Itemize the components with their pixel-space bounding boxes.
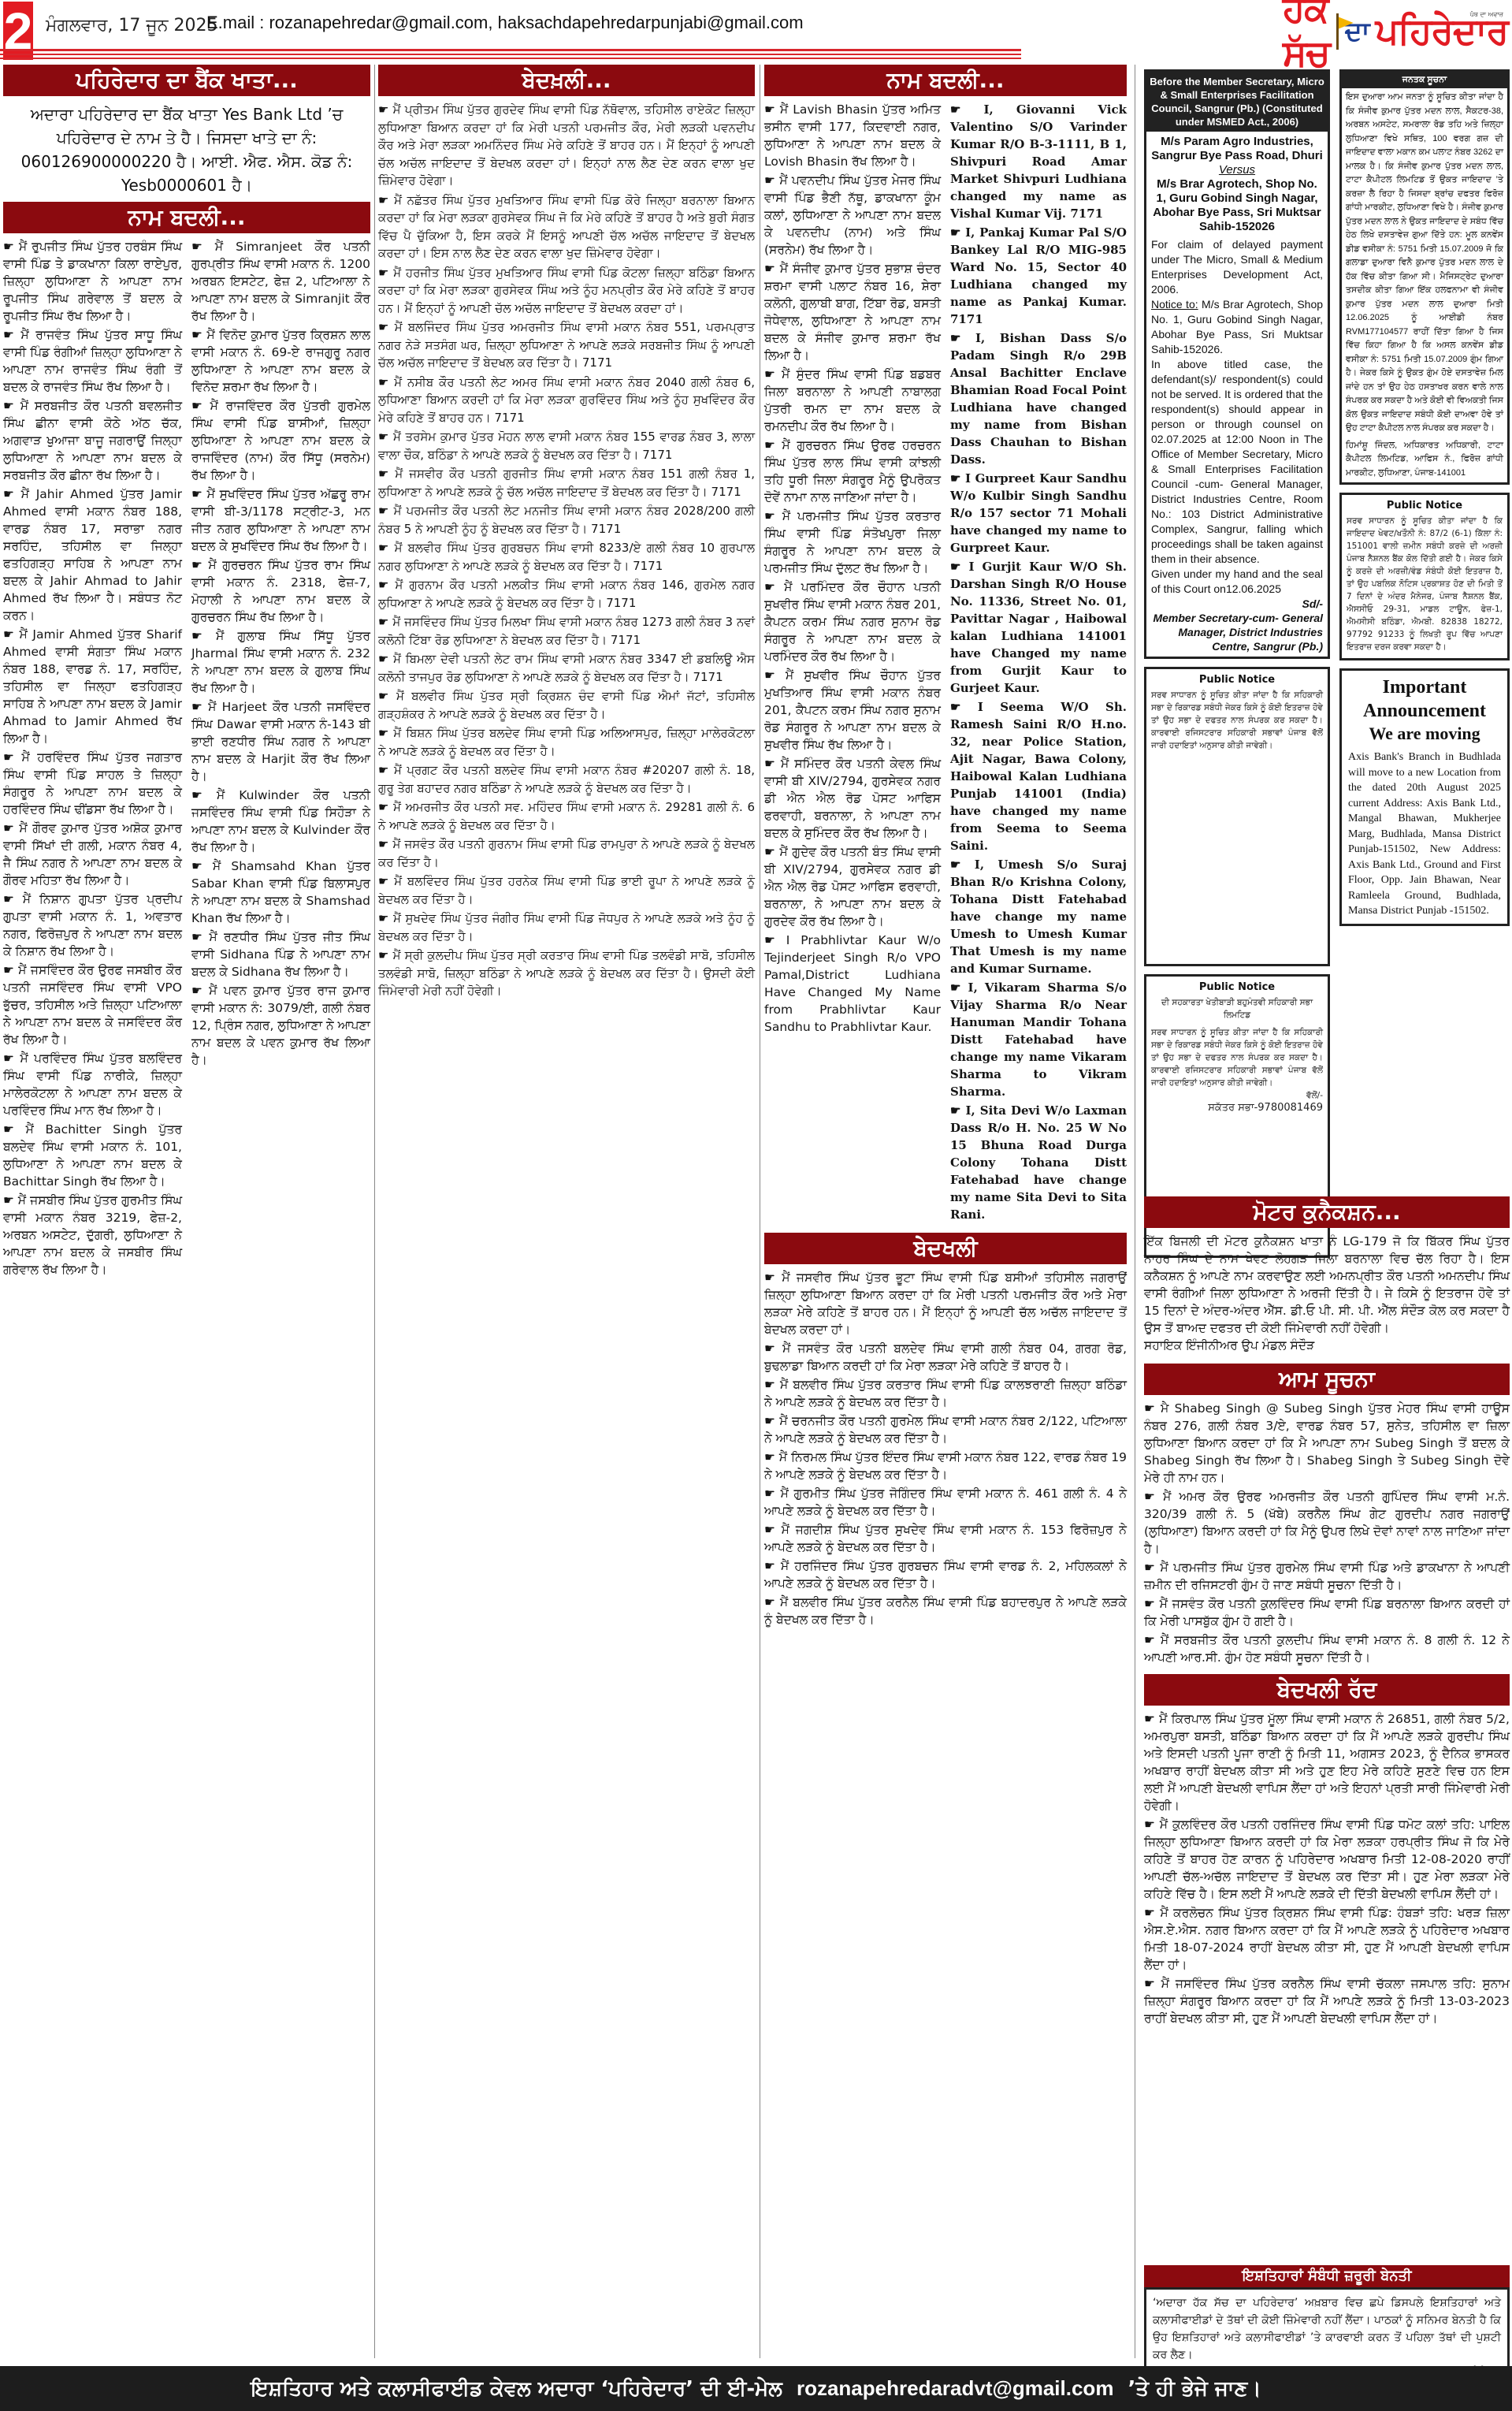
list-item: ਮੈਂ Kulwinder ਕੌਰ ਪਤਨੀ ਜਸਵਿੰਦਰ ਸਿੰਘ ਵਾਸੀ… — [191, 787, 370, 856]
list-item: I, Vikaram Sharma S/o Vijay Sharma R/o N… — [950, 979, 1127, 1100]
plaintiff: M/s Param Agro Industries, Sangrur Bye P… — [1151, 135, 1323, 163]
list-item: ਮੈਂ ਬਲਜਿੰਦਰ ਸਿੰਘ ਪੁੱਤਰ ਅਮਰਜੀਤ ਸਿੰਘ ਵਾਸੀ … — [378, 318, 755, 372]
column-divider — [374, 65, 375, 2358]
list-item: I, Bishan Dass S/o Padam Singh R/o 29B A… — [950, 329, 1127, 468]
list-item: ਮੈਂ ਰਾਜਵੰਤ ਸਿੰਘ ਪੁੱਤਰ ਸਾਧੂ ਸਿੰਘ ਵਾਸੀ ਪਿੰ… — [3, 326, 182, 396]
announcement-body: Axis Bank's Branch in Budhlada will move… — [1348, 750, 1501, 919]
list-item: ਮੈਂ ਰੁਪਜੀਤ ਸਿੰਘ ਪੁੱਤਰ ਹਰਬੰਸ ਸਿੰਘ ਵਾਸੀ ਪਿ… — [3, 238, 182, 325]
list-item: ਮੈਂ ਗੁਲਾਬ ਸਿੰਘ ਸਿੱਧੂ ਪੁੱਤਰ Jharmal ਸਿੰਘ … — [191, 627, 370, 697]
masthead: 2 ਮੰਗਲਵਾਰ, 17 ਜੂਨ 2025 E.mail : rozanape… — [0, 0, 1512, 63]
column-divider — [760, 65, 760, 2358]
disclaimer-heading: ਇਸ਼ਤਿਹਾਰਾਂ ਸੰਬੰਧੀ ਜ਼ਰੂਰੀ ਬੇਨਤੀ — [1144, 2265, 1510, 2287]
list-item: ਮੈਂ ਬਲਵੀਰ ਸਿੰਘ ਪੁੱਤਰ ਸ੍ਰੀ ਕ੍ਰਿਸ਼ਨ ਚੰਦ ਵਾ… — [378, 687, 755, 723]
list-item: ਮੈਂ ਸਰਬਜੀਤ ਕੌਰ ਪਤਨੀ ਕੁਲਦੀਪ ਸਿੰਘ ਵਾਸੀ ਮਕਾ… — [1144, 1632, 1510, 1666]
list-item: I, Giovanni Vick Valentino S/O Varinder … — [950, 101, 1127, 222]
list-item: ਮੈਂ ਬਿਮਲਾ ਦੇਵੀ ਪਤਨੀ ਲੇਟ ਰਾਮ ਸਿੰਘ ਵਾਸੀ ਮਕ… — [378, 650, 755, 686]
list-item: ਮੈਂ ਗੁਰਨਾਮ ਕੌਰ ਪਤਨੀ ਮਲਕੀਤ ਸਿੰਘ ਵਾਸੀ ਮਕਾਨ… — [378, 576, 755, 612]
list-item: ਮੈਂ ਪਰਮਜੀਤ ਸਿੰਘ ਪੁੱਤਰ ਗੁਰਮੇਲ ਸਿੰਘ ਵਾਸੀ ਪ… — [1144, 1559, 1510, 1594]
list-item: ਮੈਂ ਪਰਵਿੰਦਰ ਸਿੰਘ ਪੁੱਤਰ ਬਲਵਿੰਦਰ ਸਿੰਘ ਵਾਸੀ… — [3, 1050, 182, 1119]
section-heading-eviction-2: ਬੇਦਖਲੀ — [764, 1233, 1127, 1264]
section-heading-motor-connection: ਮੋਟਰ ਕੁਨੈਕਸ਼ਨ... — [1144, 1196, 1510, 1228]
list-item: ਮੈਂ ਵਿਨੋਦ ਕੁਮਾਰ ਪੁੱਤਰ ਕ੍ਰਿਸ਼ਨ ਲਾਲ ਵਾਸੀ ਮ… — [191, 326, 370, 396]
list-item: ਮੈਂ ਪ੍ਰਗਟ ਕੌਰ ਪਤਨੀ ਬਲਦੇਵ ਸਿੰਘ ਵਾਸੀ ਮਕਾਨ … — [378, 761, 755, 797]
list-item: ਮੈਂ ਪਰਮਿੰਦਰ ਕੌਰ ਚੌਹਾਨ ਪਤਨੀ ਸੁਖਵੀਰ ਸਿੰਘ ਵ… — [764, 579, 941, 665]
list-item: I, Pankaj Kumar Pal S/O Bankey Lal R/O M… — [950, 224, 1127, 328]
disclaimer-body: ‘ਅਦਾਰਾ ਹੱਕ ਸੱਚ ਦਾ ਪਹਿਰੇਦਾਰ’ ਅਖ਼ਬਾਰ ਵਿਚ ਛ… — [1153, 2297, 1501, 2361]
list-item: ਮੈਂ ਪਰਮਜੀਤ ਕੌਰ ਪਤਨੀ ਲੇਟ ਮਨਜੀਤ ਸਿੰਘ ਵਾਸੀ … — [378, 502, 755, 538]
list-item: ਮੈਂ ਸਰਬਜੀਤ ਕੌਰ ਪਤਨੀ ਬਵਲਜੀਤ ਸਿੰਘ ਛੀਨਾ ਵਾਸ… — [3, 397, 182, 484]
list-item: ਮੈਂ ਗੌਰਵ ਕੁਮਾਰ ਪੁੱਤਰ ਅਸ਼ੋਕ ਕੁਮਾਰ ਵਾਸੀ ਸਿ… — [3, 820, 182, 889]
name-change-col-a: ਮੈਂ Lavish Bhasin ਪੁੱਤਰ ਅਮਿਤ ਭਸੀਨ ਵਾਸੀ 1… — [764, 101, 941, 1225]
list-item: ਮੈਂ ਹਰਜੀਤ ਸਿੰਘ ਪੁੱਤਰ ਮੁਖਤਿਆਰ ਸਿੰਘ ਵਾਸੀ ਪ… — [378, 264, 755, 318]
list-item: ਮੈਂ ਤਰਸੇਮ ਕੁਮਾਰ ਪੁੱਤਰ ਮੋਹਨ ਲਾਲ ਵਾਸੀ ਮਕਾਨ… — [378, 428, 755, 463]
list-item: ਮੈਂ ਗੁਦੇਵ ਕੌਰ ਪਤਨੀ ਬੰਤ ਸਿੰਘ ਵਾਸੀ ਬੀ XIV/… — [764, 843, 941, 930]
list-item: ਮੈਂ ਨਿਰਮਲ ਸਿੰਘ ਪੁੱਤਰ ਇੰਦਰ ਸਿੰਘ ਵਾਸੀ ਮਕਾਨ… — [764, 1449, 1127, 1483]
list-item: ਮੈਂ ਨਿਸ਼ਾਨ ਗੁਪਤਾ ਪੁੱਤਰ ਪ੍ਰਦੀਪ ਗੁਪਤਾ ਵਾਸੀ… — [3, 891, 182, 960]
notice-from: ਵੱਲੋਂ/- — [1151, 1089, 1323, 1102]
column-center-right: ਨਾਮ ਬਦਲੀ... ਮੈਂ Lavish Bhasin ਪੁੱਤਰ ਅਮਿਤ… — [764, 65, 1127, 1630]
list-item: ਮੈਂ ਬਲਵਿੰਦਰ ਸਿੰਘ ਪੁੱਤਰ ਹਰਨੇਕ ਸਿੰਘ ਵਾਸੀ ਪ… — [378, 872, 755, 908]
list-item: ਮੈਂ Shamsahd Khan ਪੁੱਤਰ Sabar Khan ਵਾਸੀ … — [191, 858, 370, 927]
announcement-title: Important Announcement — [1348, 675, 1501, 723]
list-item: ਮੈਂ ਜਸਵਿੰਦਰ ਸਿੰਘ ਪੁੱਤਰ ਕਰਨੈਲ ਸਿੰਘ ਵਾਸੀ ਚ… — [1144, 1975, 1510, 2027]
signatory: Member Secretary-cum- General Manager, D… — [1151, 611, 1323, 653]
logo-tagline: ਪੰਥ ਦਾ ਅਵਾਜ਼ — [1470, 11, 1503, 19]
list-item: ਮੈਂ ਸਮਿੰਦਰ ਕੌਰ ਪਤਨੀ ਕੇਵਲ ਸਿੰਘ ਵਾਸੀ ਬੀ XI… — [764, 755, 941, 842]
notice-body: In above titled case, the defendant(s)/ … — [1151, 357, 1323, 567]
logo-text-part1: ਹੱਕ ਸੱਚ — [1283, 0, 1330, 76]
public-notice-body: ਸਰਵ ਸਾਧਾਰਨ ਨੂੰ ਸੂਚਿਤ ਕੀਤਾ ਜਾਂਦਾ ਹੈ ਕਿ ਜਾ… — [1347, 515, 1503, 653]
name-change-col-b: I, Giovanni Vick Valentino S/O Varinder … — [950, 101, 1127, 1225]
section-heading-eviction-cancel: ਬੇਦਖਲੀ ਰੱਦ — [1144, 1674, 1510, 1706]
public-notice-title: Public Notice — [1151, 981, 1323, 993]
list-item: ਮੈਂ ਬਲਵੀਰ ਸਿੰਘ ਪੁੱਤਰ ਕਰਨੈਲ ਸਿੰਘ ਵਾਸੀ ਪਿੰ… — [764, 1594, 1127, 1628]
footer-text-suffix: ’ਤੇ ਹੀ ਭੇਜੇ ਜਾਣ। — [1128, 2377, 1261, 2401]
column-divider — [1135, 65, 1135, 2358]
list-item: ਮੈਂ Jahir Ahmed ਪੁੱਤਰ Jamir Ahmed ਵਾਸੀ ਮ… — [3, 486, 182, 624]
list-item: ਮੈਂ ਕੁਲਵਿੰਦਰ ਕੌਰ ਪਤਨੀ ਹਰਜਿੰਦਰ ਸਿੰਘ ਵਾਸੀ … — [1144, 1816, 1510, 1903]
footer-text-prefix: ਇਸ਼ਤਿਹਾਰ ਅਤੇ ਕਲਾਸੀਫਾਈਡ ਕੇਵਲ ਅਦਾਰਾ ‘ਪਹਿਰੇ… — [251, 2377, 782, 2401]
jantak-suchna-notice: ਜਨਤਕ ਸੂਚਨਾ ਇਸ ਦੁਆਰਾ ਆਮ ਜਨਤਾ ਨੂੰ ਸੂਚਿਤ ਕੀ… — [1339, 69, 1510, 485]
list-item: ਮੈਂ ਅਮਰ ਕੌਰ ਉਰਫ ਅਮਰਜੀਤ ਕੌਰ ਪਤਨੀ ਗੁਪਿੰਦਰ … — [1144, 1488, 1510, 1557]
notice-header: ਜਨਤਕ ਸੂਚਨਾ — [1342, 72, 1507, 88]
name-change-list: ਮੈਂ ਰੁਪਜੀਤ ਸਿੰਘ ਪੁੱਤਰ ਹਰਬੰਸ ਸਿੰਘ ਵਾਸੀ ਪਿ… — [3, 238, 370, 1280]
list-item: ਮੈਂ ਸੁਖਵੀਰ ਸਿੰਘ ਚੌਹਾਨ ਪੁੱਤਰ ਮੁਖਤਿਆਰ ਸਿੰਘ… — [764, 667, 941, 753]
newspaper-logo: ਹੱਕ ਸੱਚ ਦਾ ਪਹਿਰੇਦਾਰ ਪੰਥ ਦਾ ਅਵਾਜ਼ — [1283, 3, 1508, 60]
list-item: ਮੈਂ ਕਰਲੋਚਨ ਸਿੰਘ ਪੁੱਤਰ ਕ੍ਰਿਸ਼ਨ ਸਿੰਘ ਵਾਸੀ … — [1144, 1904, 1510, 1974]
header-rule — [0, 49, 1021, 51]
list-item: ਮੈਂ Harjeet ਕੌਰ ਪਤਨੀ ਜਸਵਿੰਦਰ ਸਿੰਘ Dawar … — [191, 698, 370, 785]
section-heading-name-change-2: ਨਾਮ ਬਦਲੀ... — [764, 65, 1127, 96]
notice-header: Before the Member Secretary, Micro & Sma… — [1146, 72, 1328, 132]
list-item: ਮੈਂ ਨਛੱਤਰ ਸਿੰਘ ਪੁੱਤਰ ਮੁਖਤਿਆਰ ਸਿੰਘ ਵਾਸੀ ਪ… — [378, 192, 755, 262]
claim-text: For claim of delayed payment under The M… — [1151, 237, 1323, 297]
general-notice-list: ਮੈ Shabeg Singh @ Subeg Singh ਪੁੱਤਰ ਮੇਹਰ… — [1144, 1400, 1510, 1666]
header-rule — [0, 54, 1021, 55]
list-item: ਮੈਂ ਗੁਰਚਰਨ ਸਿੰਘ ਉਰਫ ਹਰਚਰਨ ਸਿੰਘ ਪੁੱਤਰ ਲਾਲ… — [764, 437, 941, 506]
list-item: ਮੈਂ ਜਸਵੀਰ ਕੌਰ ਪਤਨੀ ਗੁਰਜੀਤ ਸਿੰਘ ਵਾਸੀ ਮਕਾਨ… — [378, 465, 755, 500]
list-item: ਮੈਂ Bachitter Singh ਪੁੱਤਰ ਬਲਦੇਵ ਸਿੰਘ ਵਾਸ… — [3, 1121, 182, 1190]
motor-connection-body: ਇੱਕ ਬਿਜਲੀ ਦੀ ਮੋਟਰ ਕੁਨੈਕਸ਼ਨ ਖਾਤਾ ਨੰ LG-17… — [1144, 1233, 1510, 1337]
list-item: ਮੈਂ ਰਾਜਵਿੰਦਰ ਕੌਰ ਪੁੱਤਰੀ ਗੁਰਮੇਲ ਸਿੰਘ ਵਾਸੀ… — [191, 397, 370, 484]
list-item: ਮੈਂ ਬਲਵੀਰ ਸਿੰਘ ਪੁੱਤਰ ਗੁਰਬਚਨ ਸਿੰਘ ਵਾਸੀ 82… — [378, 539, 755, 575]
list-item: I, Umesh S/o Suraj Bhan R/o Krishna Colo… — [950, 856, 1127, 977]
list-item: ਮੈਂ ਸੁਖਦੇਵ ਸਿੰਘ ਪੁੱਤਰ ਜੰਗੀਰ ਸਿੰਘ ਵਾਸੀ ਪਿ… — [378, 910, 755, 945]
contact-emails: E.mail : rozanapehredar@gmail.com, haksa… — [206, 13, 804, 33]
footer-email: rozanapehredaradvt@gmail.com — [797, 2376, 1113, 2400]
name-change-col-a: ਮੈਂ ਰੁਪਜੀਤ ਸਿੰਘ ਪੁੱਤਰ ਹਰਬੰਸ ਸਿੰਘ ਵਾਸੀ ਪਿ… — [3, 238, 182, 1280]
logo-text-part2: ਦਾ — [1344, 16, 1369, 47]
respondent: M/s Brar Agrotech, Shop No. 1, Guru Gobi… — [1151, 177, 1323, 234]
public-notice-title: Public Notice — [1151, 674, 1323, 686]
list-item: ਮੈਂ ਜਸਵੀਰ ਸਿੰਘ ਪੁੱਤਰ ਭੂਟਾ ਸਿੰਘ ਵਾਸੀ ਪਿੰਡ… — [764, 1269, 1127, 1338]
msme-court-notice: Before the Member Secretary, Micro & Sma… — [1144, 69, 1330, 659]
issue-date: ਮੰਗਲਵਾਰ, 17 ਜੂਨ 2025 — [46, 16, 217, 35]
list-item: ਮੈਂ ਜਸਵਿੰਦਰ ਕੌਰ ਉਰਫ ਜਸਬੀਰ ਕੌਰ ਪਤਨੀ ਜਸਵਿੰ… — [3, 962, 182, 1048]
sd-mark: Sd/- — [1151, 597, 1323, 611]
public-notice-society: Public Notice ਸਰਵ ਸਾਧਾਰਨ ਨੂੰ ਸੂਚਿਤ ਕੀਤਾ … — [1144, 667, 1330, 966]
list-item: I Seema W/O Sh. Ramesh Saini R/O H.no. 3… — [950, 698, 1127, 854]
list-item: ਮੈਂ ਰਣਧੀਰ ਸਿੰਘ ਪੁੱਤਰ ਜੀਤ ਸਿੰਘ ਵਾਸੀ Sidha… — [191, 928, 370, 980]
public-notice-body: ਸਰਵ ਸਾਧਾਰਨ ਨੂੰ ਸੂਚਿਤ ਕੀਤਾ ਜਾਂਦਾ ਹੈ ਕਿ ਸਹ… — [1151, 689, 1323, 752]
axis-bank-announcement: Important Announcement We are moving Axi… — [1339, 668, 1510, 926]
list-item: I, Sita Devi W/o Laxman Dass R/o H. No. … — [950, 1102, 1127, 1223]
column-middle: ਬੇਦਖ਼ਲੀ... ਮੈਂ ਪ੍ਰੀਤਮ ਸਿੰਘ ਪੁੱਤਰ ਗੁਰਦੇਵ … — [378, 65, 755, 1002]
column-right-lower: ਮੋਟਰ ਕੁਨੈਕਸ਼ਨ... ਇੱਕ ਬਿਜਲੀ ਦੀ ਮੋਟਰ ਕੁਨੈਕ… — [1144, 1196, 1510, 2029]
list-item: ਮੈਂ ਜਸਵਿੰਦਰ ਸਿੰਘ ਪੁੱਤਰ ਮਿਲਖਾ ਸਿੰਘ ਵਾਸੀ ਮ… — [378, 613, 755, 649]
column-notices-right: ਜਨਤਕ ਸੂਚਨਾ ਇਸ ਦੁਆਰਾ ਆਮ ਜਨਤਾ ਨੂੰ ਸੂਚਿਤ ਕੀ… — [1339, 69, 1510, 926]
notice-signatory: ਸਕੱਤਰ ਸਭਾ-9780081469 — [1151, 1102, 1323, 1114]
list-item: ਮੈਂ ਹਰਵਿੰਦਰ ਸਿੰਘ ਪੁੱਤਰ ਜਗਤਾਰ ਸਿੰਘ ਵਾਸੀ ਪ… — [3, 749, 182, 818]
list-item: ਮੈ Shabeg Singh @ Subeg Singh ਪੁੱਤਰ ਮੇਹਰ… — [1144, 1400, 1510, 1486]
eviction-cancel-list: ਮੈਂ ਕਿਰਪਾਲ ਸਿੰਘ ਪੁੱਤਰ ਮੂੱਲਾ ਸਿੰਘ ਵਾਸੀ ਮਕ… — [1144, 1710, 1510, 2027]
notice-signatory: ਹਿਮਾਂਸ਼ੂ ਜਿੰਦਲ, ਅਧਿਕਾਰਤ ਅਧਿਕਾਰੀ, ਟਾਟਾ ਕੈ… — [1346, 439, 1503, 481]
list-item: ਮੈਂ ਬਲਵੀਰ ਸਿੰਘ ਪੁੱਤਰ ਕਰਤਾਰ ਸਿੰਘ ਵਾਸੀ ਪਿੰ… — [764, 1376, 1127, 1411]
pnb-public-notice: Public Notice ਸਰਵ ਸਾਧਾਰਨ ਨੂੰ ਸੂਚਿਤ ਕੀਤਾ … — [1339, 493, 1510, 660]
list-item: ਮੈਂ ਕਿਰਪਾਲ ਸਿੰਘ ਪੁੱਤਰ ਮੂੱਲਾ ਸਿੰਘ ਵਾਸੀ ਮਕ… — [1144, 1710, 1510, 1814]
motor-connection-signatory: ਸਹਾਇਕ ਇੰਜੀਨੀਅਰ ਉਪ ਮੰਡਲ ਸੰਦੌੜ — [1144, 1337, 1510, 1354]
header-rule — [0, 58, 1021, 59]
list-item: ਮੈਂ ਅਮਰਜੀਤ ਕੌਰ ਪਤਨੀ ਸਵ. ਮਹਿੰਦਰ ਸਿੰਘ ਵਾਸੀ… — [378, 798, 755, 834]
list-item: ਮੈਂ ਗੁਰਮੀਤ ਸਿੰਘ ਪੁੱਤਰ ਜੋਗਿੰਦਰ ਸਿੰਘ ਵਾਸੀ … — [764, 1485, 1127, 1520]
list-item: ਮੈਂ ਸੁੰਦਰ ਸਿੰਘ ਵਾਸੀ ਪਿੰਡ ਬਡਬਰ ਜਿਲਾ ਬਰਨਾਲ… — [764, 366, 941, 435]
list-item: ਮੈਂ ਚਰਨਜੀਤ ਕੌਰ ਪਤਨੀ ਗੁਰਮੇਲ ਸਿੰਘ ਵਾਸੀ ਮਕਾ… — [764, 1412, 1127, 1447]
list-item: I Gurjit Kaur W/O Sh. Darshan Singh R/O … — [950, 558, 1127, 697]
list-item: ਮੈਂ ਗੁਰਚਰਨ ਸਿੰਘ ਪੁੱਤਰ ਰਾਮ ਸਿੰਘ ਵਾਸੀ ਮਕਾਨ… — [191, 556, 370, 626]
notice-to-label: Notice to: — [1151, 298, 1198, 311]
list-item: ਮੈਂ ਪਰਮਜੀਤ ਸਿੰਘ ਪੁੱਤਰ ਕਰਤਾਰ ਸਿੰਘ ਵਾਸੀ ਪਿ… — [764, 508, 941, 577]
list-item: I Prabhlivtar Kaur W/o Tejinderjeet Sing… — [764, 932, 941, 1036]
notice-body: ਇਸ ਦੁਆਰਾ ਆਮ ਜਨਤਾ ਨੂੰ ਸੂਚਿਤ ਕੀਤਾ ਜਾਂਦਾ ਹੈ… — [1346, 91, 1503, 436]
versus-label: Versus — [1151, 163, 1323, 177]
list-item: ਮੈਂ ਜਗਦੀਸ਼ ਸਿੰਘ ਪੁੱਤਰ ਸੁਖਦੇਵ ਸਿੰਘ ਵਾਸੀ ਮ… — [764, 1521, 1127, 1556]
list-item: ਮੈਂ ਪਵਨਦੀਪ ਸਿੰਘ ਪੁੱਤਰ ਮੇਜਰ ਸਿੰਘ ਵਾਸੀ ਪਿੰ… — [764, 172, 941, 259]
list-item: ਮੈਂ ਜਸਵੰਤ ਕੌਰ ਪਤਨੀ ਕੁਲਵਿੰਦਰ ਸਿੰਘ ਵਾਸੀ ਪਿ… — [1144, 1595, 1510, 1630]
list-item: ਮੈਂ ਸੰਜੀਵ ਕੁਮਾਰ ਪੁੱਤਰ ਸੁਭਾਸ਼ ਚੰਦਰ ਸ਼ਰਮਾ … — [764, 260, 941, 364]
footer-advert-bar: ਇਸ਼ਤਿਹਾਰ ਅਤੇ ਕਲਾਸੀਫਾਈਡ ਕੇਵਲ ਅਦਾਰਾ ‘ਪਹਿਰੇ… — [0, 2366, 1512, 2411]
list-item: ਮੈਂ Lavish Bhasin ਪੁੱਤਰ ਅਮਿਤ ਭਸੀਨ ਵਾਸੀ 1… — [764, 101, 941, 170]
list-item: ਮੈਂ ਜਸਵੰਤ ਕੌਰ ਪਤਨੀ ਗੁਰਨਾਮ ਸਿੰਘ ਵਾਸੀ ਪਿੰਡ… — [378, 835, 755, 871]
name-change-col-b: ਮੈਂ Simranjeet ਕੌਰ ਪਤਨੀ ਗੁਰਪ੍ਰੀਤ ਸਿੰਘ ਵਾ… — [191, 238, 370, 1280]
list-item: ਮੈਂ ਸੁਖਵਿੰਦਰ ਸਿੰਘ ਪੁੱਤਰ ਅੱਛਰੂ ਰਾਮ ਵਾਸੀ ਬ… — [191, 486, 370, 555]
eviction-list: ਮੈਂ ਪ੍ਰੀਤਮ ਸਿੰਘ ਪੁੱਤਰ ਗੁਰਦੇਵ ਸਿੰਘ ਵਾਸੀ ਪ… — [378, 101, 755, 1000]
column-notices-left: Before the Member Secretary, Micro & Sma… — [1144, 69, 1330, 1266]
column-left: ਪਹਿਰੇਦਾਰ ਦਾ ਬੈਂਕ ਖਾਤਾ... ਅਦਾਰਾ ਪਹਿਰੇਦਾਰ … — [3, 65, 370, 1280]
section-heading-eviction: ਬੇਦਖ਼ਲੀ... — [378, 65, 755, 96]
announcement-subtitle: We are moving — [1348, 723, 1501, 745]
list-item: ਮੈਂ ਹਰਜਿੰਦਰ ਸਿੰਘ ਪੁੱਤਰ ਗੁਰਬਚਨ ਸਿੰਘ ਵਾਸੀ … — [764, 1557, 1127, 1592]
eviction-list-2: ਮੈਂ ਜਸਵੀਰ ਸਿੰਘ ਪੁੱਤਰ ਭੂਟਾ ਸਿੰਘ ਵਾਸੀ ਪਿੰਡ… — [764, 1269, 1127, 1628]
list-item: ਮੈਂ ਜਸਵੰਤ ਕੌਰ ਪਤਨੀ ਬਲਦੇਵ ਸਿੰਘ ਵਾਸੀ ਗਲੀ ਨ… — [764, 1340, 1127, 1375]
section-heading-bank: ਪਹਿਰੇਦਾਰ ਦਾ ਬੈਂਕ ਖਾਤਾ... — [3, 65, 370, 96]
bank-account-info: ਅਦਾਰਾ ਪਹਿਰੇਦਾਰ ਦਾ ਬੈਂਕ ਖਾਤਾ Yes Bank Ltd… — [3, 101, 370, 202]
public-notice-subtitle: ਦੀ ਸਹਕਾਰਤਾ ਖੇਤੀਬਾੜੀ ਬਹੁਮੰਤਵੀ ਸਹਿਕਾਰੀ ਸਭਾ… — [1151, 996, 1323, 1021]
nishan-sahib-flag-icon — [1336, 12, 1339, 51]
section-heading-name-change: ਨਾਮ ਬਦਲੀ... — [3, 202, 370, 233]
list-item: ਮੈਂ ਸ੍ਰੀ ਕੁਲਦੀਪ ਸਿੰਘ ਪੁੱਤਰ ਸ੍ਰੀ ਕਰਤਾਰ ਸਿ… — [378, 947, 755, 1000]
list-item: ਮੈਂ ਪਵਨ ਕੁਮਾਰ ਪੁੱਤਰ ਰਾਜ ਕੁਮਾਰ ਵਾਸੀ ਮਕਾਨ … — [191, 982, 370, 1069]
section-heading-general-notice: ਆਮ ਸੂਚਨਾ — [1144, 1364, 1510, 1395]
list-item: I Gurpreet Kaur Sandhu W/o Kulbir Singh … — [950, 470, 1127, 556]
public-notice-title: Public Notice — [1347, 500, 1503, 512]
list-item: ਮੈਂ ਜਸਬੀਰ ਸਿੰਘ ਪੁੱਤਰ ਗੁਰਮੀਤ ਸਿੰਘ ਵਾਸੀ ਮਕ… — [3, 1192, 182, 1278]
list-item: ਮੈਂ ਨਸੀਬ ਕੌਰ ਪਤਨੀ ਲੇਟ ਅਮਰ ਸਿੰਘ ਵਾਸੀ ਮਕਾਨ… — [378, 374, 755, 427]
list-item: ਮੈਂ Simranjeet ਕੌਰ ਪਤਨੀ ਗੁਰਪ੍ਰੀਤ ਸਿੰਘ ਵਾ… — [191, 238, 370, 325]
list-item: ਮੈਂ ਪ੍ਰੀਤਮ ਸਿੰਘ ਪੁੱਤਰ ਗੁਰਦੇਵ ਸਿੰਘ ਵਾਸੀ ਪ… — [378, 101, 755, 190]
name-change-list-2: ਮੈਂ Lavish Bhasin ਪੁੱਤਰ ਅਮਿਤ ਭਸੀਨ ਵਾਸੀ 1… — [764, 101, 1127, 1225]
given-under-hand: Given under my hand and the seal of this… — [1151, 567, 1323, 597]
list-item: ਮੈਂ ਬਿਸ਼ਨ ਸਿੰਘ ਪੁੱਤਰ ਬਲਦੇਵ ਸਿੰਘ ਵਾਸੀ ਪਿੰ… — [378, 724, 755, 760]
list-item: ਮੈਂ Jamir Ahmed ਪੁੱਤਰ Sharif Ahmed ਵਾਸੀ … — [3, 626, 182, 747]
